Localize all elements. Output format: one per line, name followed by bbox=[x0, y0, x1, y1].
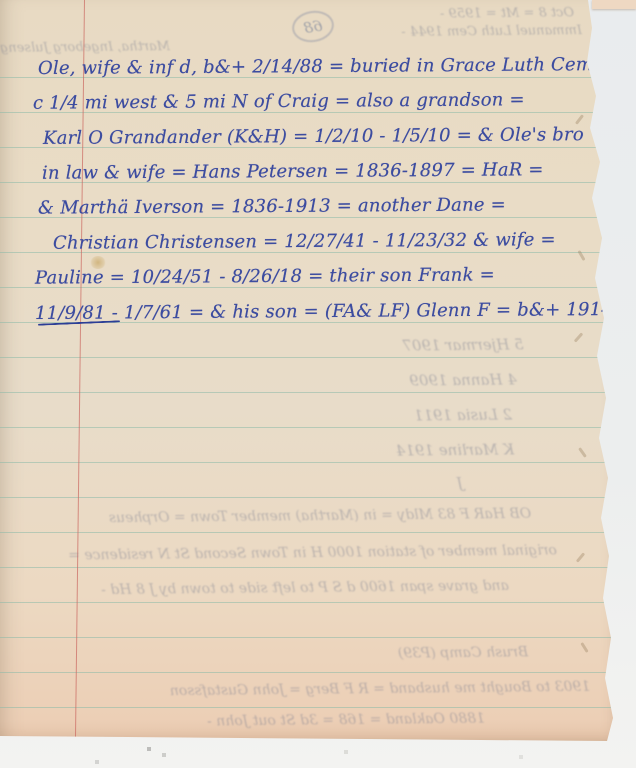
bleedthrough-list-item: 5 Hjermar 1907 bbox=[398, 335, 528, 354]
adjacent-page-edge bbox=[592, 0, 636, 9]
bleedthrough-header-right-1: Oct 8 = Mt = 1959 - bbox=[432, 5, 582, 22]
bleedthrough-list-item: 2 Lusia 1911 bbox=[398, 405, 528, 424]
handwriting-line: 11/9/81 - 1/7/61 = & his son = (FA& LF) … bbox=[35, 299, 613, 324]
bleedthrough-list-item: 4 Hanna 1909 bbox=[398, 370, 528, 389]
bleedthrough-list-item: K Marline 1914 bbox=[390, 440, 520, 459]
bleedthrough-header-right-2: Immanuel Luth Cem 1944 - bbox=[402, 23, 582, 40]
handwriting-line: Karl O Grandander (K&H) = 1/2/10 - 1/5/1… bbox=[43, 124, 584, 149]
scanner-speckles bbox=[0, 0, 2, 2]
handwriting-line: Pauline = 10/24/51 - 8/26/18 = their son… bbox=[35, 264, 495, 288]
handwriting-line: in law & wife = Hans Petersen = 1836-189… bbox=[42, 159, 544, 184]
bleedthrough-header-left: Martha, Ingeborg Julseng bbox=[0, 39, 170, 56]
scanned-document: Oct 8 = Mt = 1959 - Immanuel Luth Cem 19… bbox=[0, 0, 636, 768]
handwriting-line: Christian Christensen = 12/27/41 - 11/23… bbox=[53, 229, 556, 254]
bleedthrough-bottom-line: Brush Camp (P39) bbox=[388, 644, 538, 662]
handwriting-line: Ole, wife & inf d, b&+ 2/14/88 = buried … bbox=[38, 54, 614, 79]
handwriting-line: c 1/4 mi west & 5 mi N of Craig = also a… bbox=[33, 89, 525, 113]
notebook-page: Oct 8 = Mt = 1959 - Immanuel Luth Cem 19… bbox=[0, 0, 616, 742]
bleedthrough-list-item: J bbox=[440, 474, 480, 492]
handwriting-line: & Marthä Iverson = 1836-1913 = another D… bbox=[38, 194, 506, 218]
page-number-circled: 68 bbox=[290, 8, 336, 45]
paper-stain bbox=[90, 256, 106, 269]
bleedthrough-bottom-line: 1880 Oakland = 168 = 3d St out John - bbox=[225, 711, 485, 730]
